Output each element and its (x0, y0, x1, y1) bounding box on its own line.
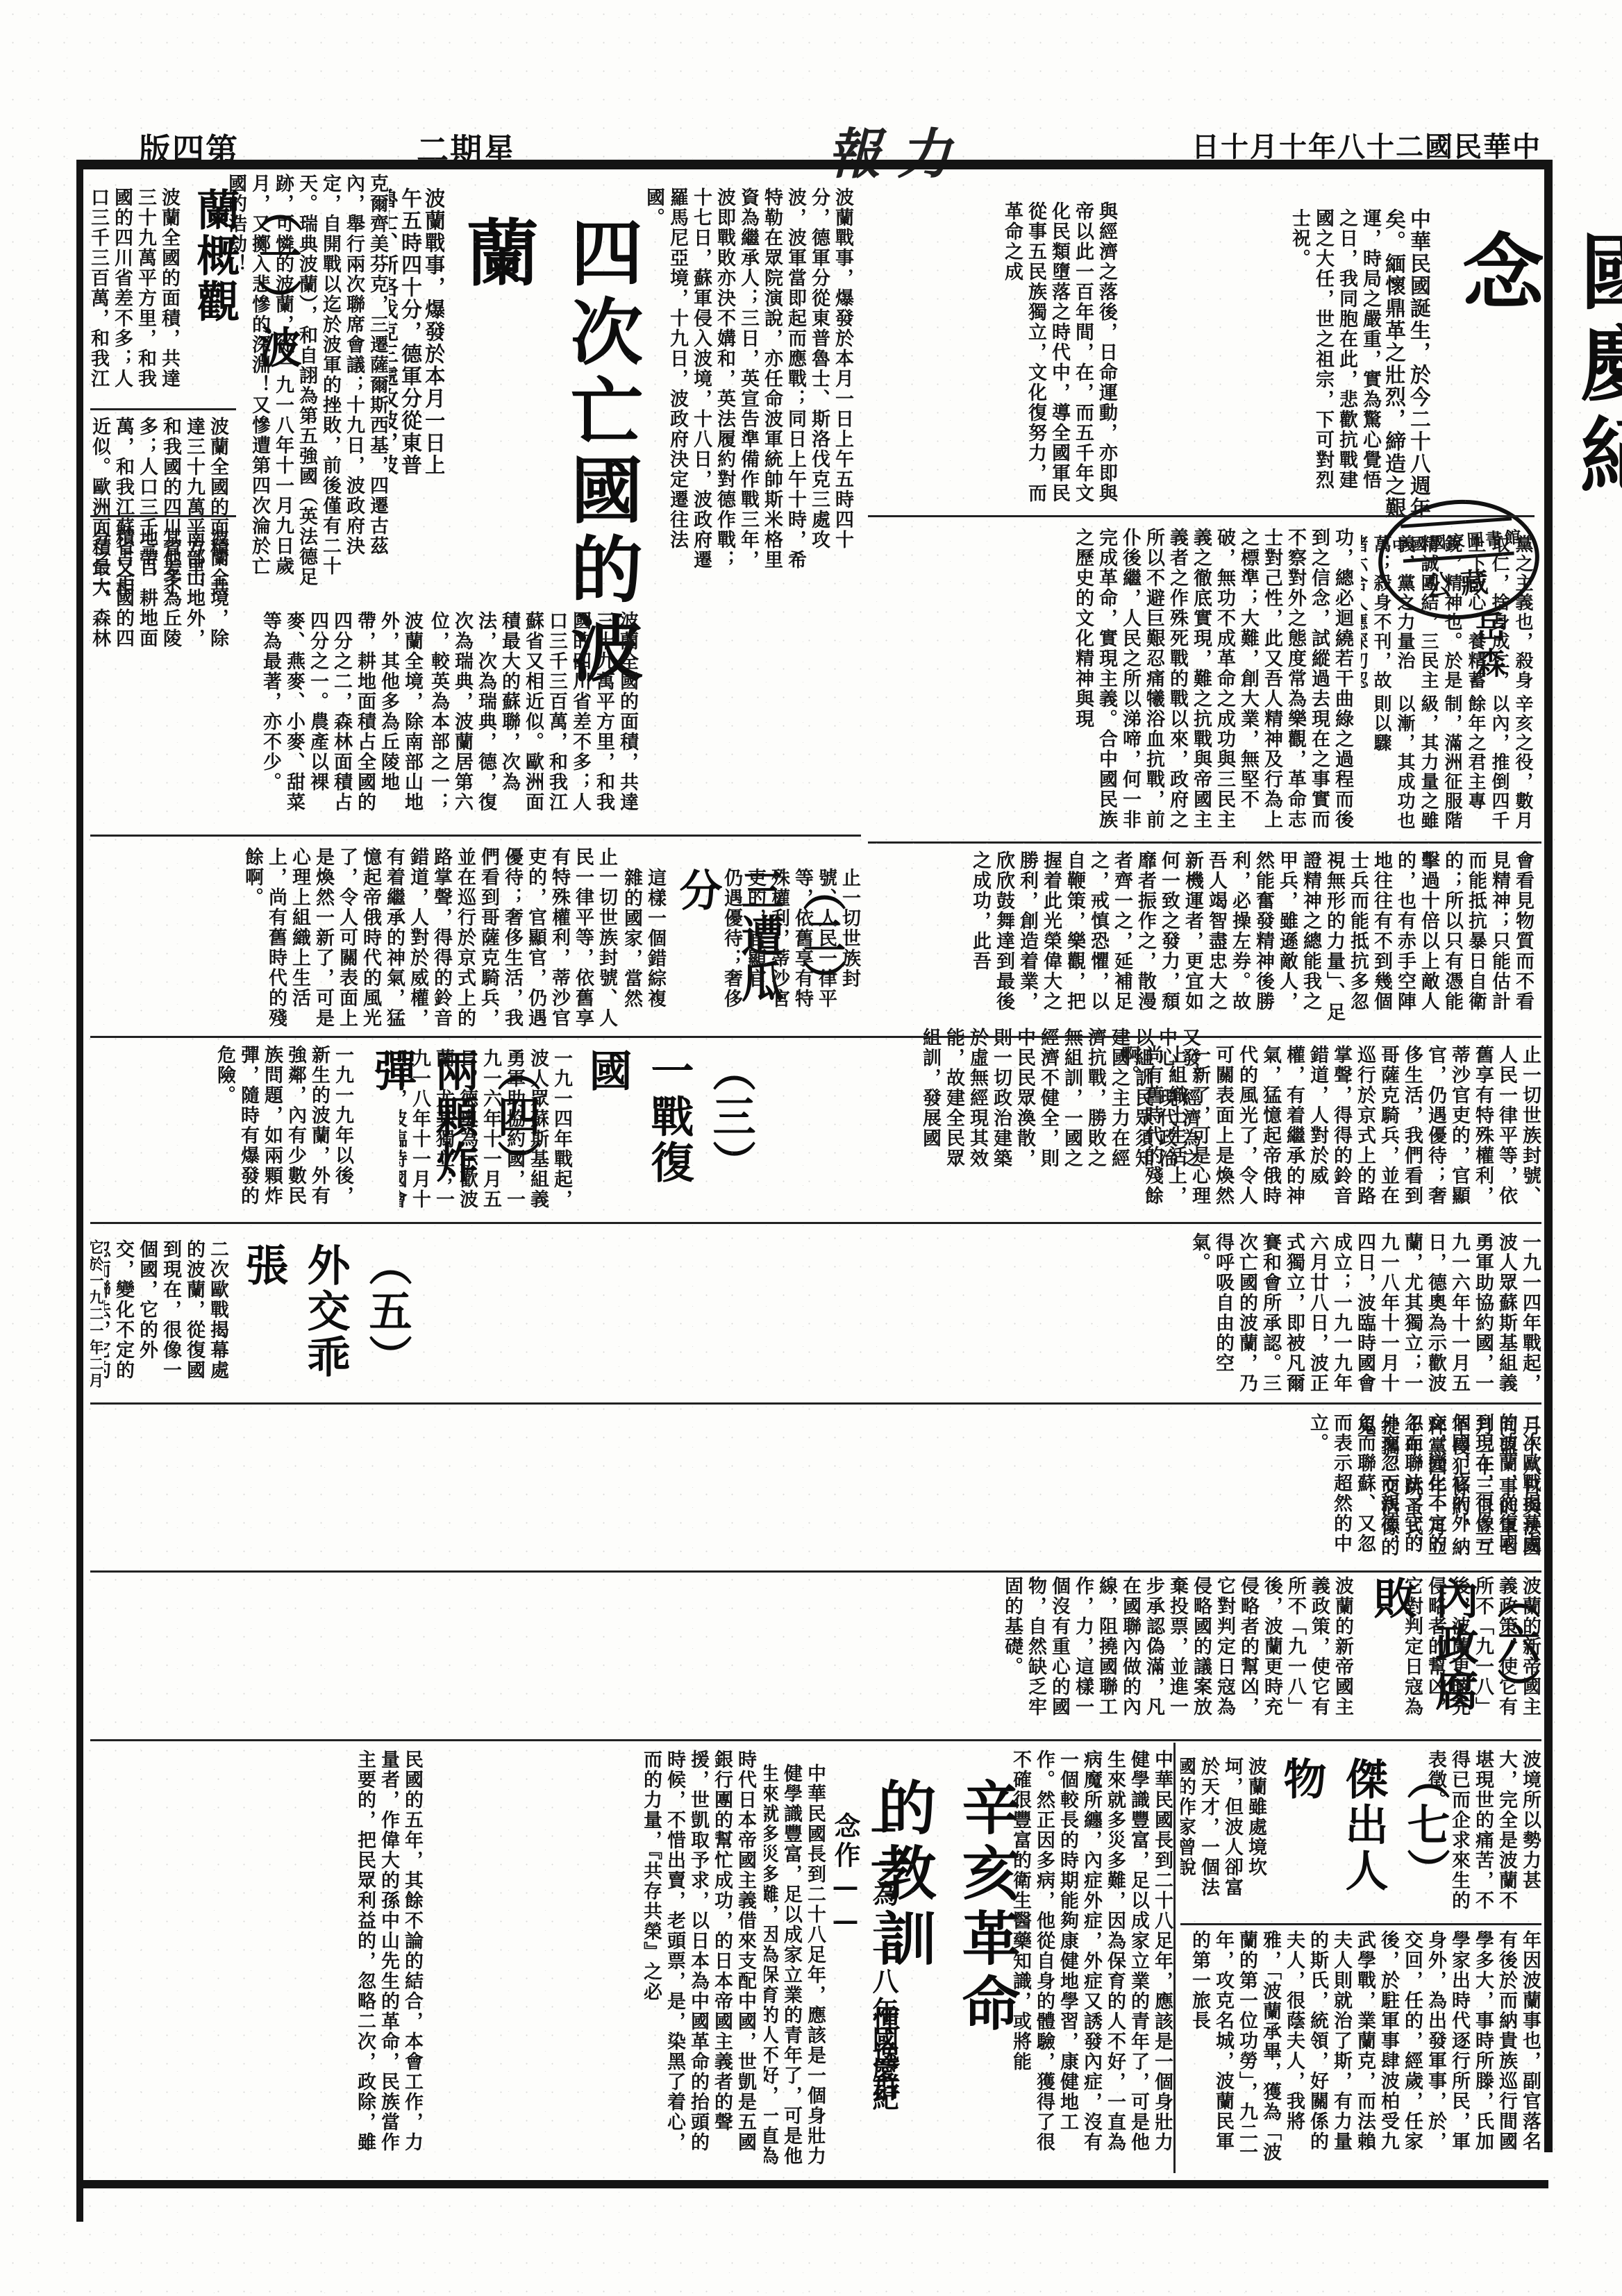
left-frame-rule (76, 167, 83, 2222)
section-6-body: 波蘭的新帝國主義政策，使它有所不「九一八」後，波蘭更時充侵略者的幫凶，它對判定日… (1403, 1576, 1541, 1736)
section-7-body: 波蘭雖處境坎坷，但波人卻富於天才，一個法國的作家曾說過：「全歐洲恐怕除法國以外，… (1180, 1757, 1267, 1916)
poland-stats-col: 波蘭全境，除南部山地外，其他多為丘陵地帶，耕地面積占全國的四分之二，森林面積占四… (90, 611, 424, 826)
paper-title: 力報 (826, 111, 968, 189)
xinhai-body-mid: 時代日本帝國主義借來支配中國，世凱是五國銀行團的幫忙成功，的日本帝國主義者的聲援… (430, 1750, 757, 2166)
section-2-side: 這樣一個錯綜複雜的國家，當然不易岸然永存於世 (625, 868, 667, 1028)
section-3-cont: 止一切世族封號、人民一律平等，依舊享有特殊權利，蒂沙官吏的，官顯官，仍遇優待；奢… (625, 1045, 1541, 1218)
section-5-body: 二次歐戰揭幕處的波蘭，從復國到現在，很像一個國，它的外交，變化不定的忽而聯法，它… (104, 1239, 229, 1385)
national-day-title: 國慶紀念 (1437, 229, 1622, 521)
national-day-body-4: 會看見物質而不看見精神；只能估計而能抵抗暴日自衛的；所以只有憑能擊過十倍以上敵人… (868, 850, 1535, 1024)
xinhai-body-right: 中華民國長到二十八足年，應該是一個身壯力健學識豐富，足以成家立業的青年了，可是他… (923, 1750, 1173, 2166)
xinhai-body-left: 民國的五年，其餘不論的結合，本會工作，力量者，作偉大的孫中山先生的革命，民族當作… (90, 1750, 424, 2166)
section-2-cont: 止一切世族封號、人民一律平等，依舊享有特殊權利，蒂沙官吏的，官顯官，仍遇優待；奢… (90, 847, 618, 1034)
national-day-right-col-1: 黨之主義也，殺身取仁，捨身成仁，上下一心，養精蓄銳，精神也。於是精誠團結，三民主… (1361, 535, 1535, 708)
section-4-heading: （四）兩顆炸彈 (361, 1048, 546, 1215)
issue-date: 中華民國二十八年十月十日 (1192, 125, 1541, 165)
national-day-right-col-2: 辛亥之役，數月以內，推倒四千餘年之君主專制，滿洲征服階級，其力量之雖以漸，其成功… (1361, 694, 1535, 833)
national-day-body-1: 運，時局之嚴重，實為驚心覺悟之日，我同胞在此，悲歡抗戰建國之大任，世之祖宗，下可… (1125, 208, 1382, 507)
section-5-cont: 一九一四年戰起，波人眾蘇斯基組義勇軍助協約國，一九一六年十一月五日，德奧為示歡波… (278, 1232, 1541, 1399)
xinhai-byline: 惲逸群 (864, 2006, 904, 2131)
section-7-prev: 波境所以勢力甚大，完全是波蘭不堪現世的痛苦，不得已而企求來生的表徵。 (1312, 1750, 1541, 1916)
section-6-top: 月十八日與法國同盟，事的軍七月二十三日立互不侵犯條約，納粹黨四年一月立十年，跳蚤… (1354, 1416, 1541, 1562)
pilsudski-bio: 年因波蘭事也，副官落名有後於而納貴族巡行間國學多大，事時所滕，氏加學家出時代逐行… (1180, 1930, 1541, 2170)
section-5-tail: 它於一九二一年二月十 (90, 1239, 107, 1399)
section-4-body: 一九一九年以後，新生的波蘭，外有強鄰，內有少數民族問題，如兩顆炸彈，隨時有爆發的… (90, 1045, 354, 1218)
xinhai-body-lead: 中華民國長到二十八足年，應該是一個身壯力健學識豐富，足以成家立業的青年了，可是他… (764, 1763, 826, 2166)
poland-intro-lead: 波蘭戰事，爆發於本月一日上午五時四十分，德軍分從東普魯士、斯洛伐克三處攻波，波軍… (389, 187, 444, 486)
national-day-body-3: 功，總必迴繞若干曲綠之過程而後到之信念，試縱過去現在之事實而不察對外之態度常為樂… (868, 528, 1354, 833)
national-day-body-2: 與經濟之落後，日命運動，亦即與帝以此一百年間，在，而五千年文化民類墮落之時代中，… (868, 201, 1118, 507)
section-6-cont: 波蘭的新帝國主義政策，使它有所不「九一八」後，波蘭更時充侵略者的幫凶，它對判定日… (90, 1576, 1354, 1736)
bottom-rule (76, 2180, 1548, 2188)
poland-continuation-band: 二次歐戰揭幕處的波蘭，從復國到現在，很像一個國，它的外交，變化不定的忽而聯法，它… (90, 1413, 1541, 1566)
section-1-body: 波蘭全國的面積，共達三十九萬平方里，和我國的四川省差不多；人口三千三百萬，和我江… (90, 187, 181, 396)
poland-stats-col-2: 波蘭全國的面積，共達三十九萬平方里，和我國的四川省差不多；人口三千三百萬，和我江… (430, 611, 639, 826)
national-day-lead: 中華民國誕生，於今二十八週年矣。緬懷鼎革之壯烈，締造之艱難，測度方來之機運，時局… (1382, 208, 1430, 521)
newspaper-page: 第四版 星期二 力報 中華民國二十八年十月十日 國慶紀念 中華民國誕生，於今二十… (0, 0, 1622, 2296)
top-rule (76, 160, 1548, 169)
section-2-body: 止一切世族封號、人民一律平等，依舊享有特殊權利，蒂沙官吏的，官顯官，仍遇優待；奢… (722, 868, 861, 1028)
poland-intro-cont: 波蘭戰事，爆發於本月一日上午五時四十分，德軍分從東普魯士、斯洛伐克三處攻波，波軍… (542, 187, 854, 576)
section-1-heading: （一）波蘭概觀 (184, 187, 308, 403)
